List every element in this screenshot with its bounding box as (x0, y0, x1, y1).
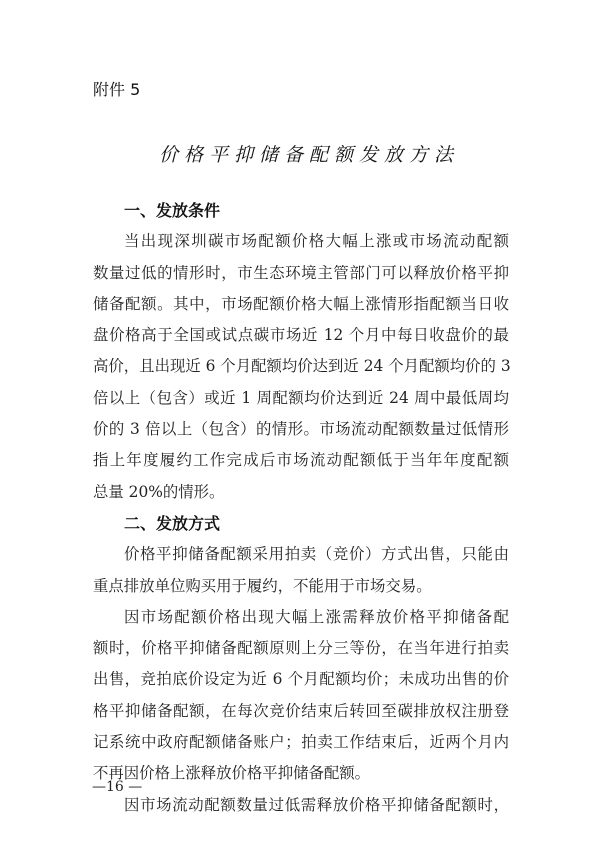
section-heading-method: 二、发放方式 (93, 508, 509, 539)
paragraph-line: 高价，且出现近 6 个月配额均价达到近 24 个月配额均价的 3 (93, 351, 509, 382)
paragraph-line: 重点排放单位购买用于履约，不能用于市场交易。 (93, 571, 509, 602)
paragraph-line: 出售，竞拍底价设定为近 6 个月配额均价；未成功出售的价 (93, 664, 509, 695)
paragraph-line: 不再因价格上涨释放价格平抑储备配额。 (93, 758, 509, 789)
document-body: 一、发放条件 当出现深圳碳市场配额价格大幅上涨或市场流动配额 数量过低的情形时，… (93, 195, 509, 821)
paragraph-line: 格平抑储备配额，在每次竞价结束后转回至碳排放权注册登 (93, 696, 509, 727)
paragraph-line: 因市场流动配额数量过低需释放价格平抑储备配额时， (93, 790, 509, 821)
paragraph-line: 数量过低的情形时，市生态环境主管部门可以释放价格平抑 (93, 258, 509, 289)
paragraph-line: 价的 3 倍以上（包含）的情形。市场流动配额数量过低情形 (93, 414, 509, 445)
paragraph-line: 记系统中政府配额储备账户；拍卖工作结束后，近两个月内 (93, 727, 509, 758)
paragraph-line: 倍以上（包含）或近 1 周配额均价达到近 24 周中最低周均 (93, 383, 509, 414)
page-number: —16 — (92, 777, 142, 797)
section-heading-conditions: 一、发放条件 (93, 195, 509, 226)
paragraph-line: 因市场配额价格出现大幅上涨需释放价格平抑储备配 (93, 602, 509, 633)
paragraph-line: 盘价格高于全国或试点碳市场近 12 个月中每日收盘价的最 (93, 320, 509, 351)
paragraph-line: 指上年度履约工作完成后市场流动配额低于当年年度配额 (93, 445, 509, 476)
attachment-label: 附件 5 (93, 80, 140, 100)
paragraph-line: 当出现深圳碳市场配额价格大幅上涨或市场流动配额 (93, 226, 509, 257)
paragraph-line: 额时，价格平抑储备配额原则上分三等份，在当年进行拍卖 (93, 633, 509, 664)
paragraph-line: 储备配额。其中，市场配额价格大幅上涨情形指配额当日收 (93, 289, 509, 320)
document-title: 价格平抑储备配额发放方法 (0, 142, 600, 168)
paragraph-line: 价格平抑储备配额采用拍卖（竞价）方式出售，只能由 (93, 539, 509, 570)
paragraph-line: 总量 20%的情形。 (93, 477, 509, 508)
